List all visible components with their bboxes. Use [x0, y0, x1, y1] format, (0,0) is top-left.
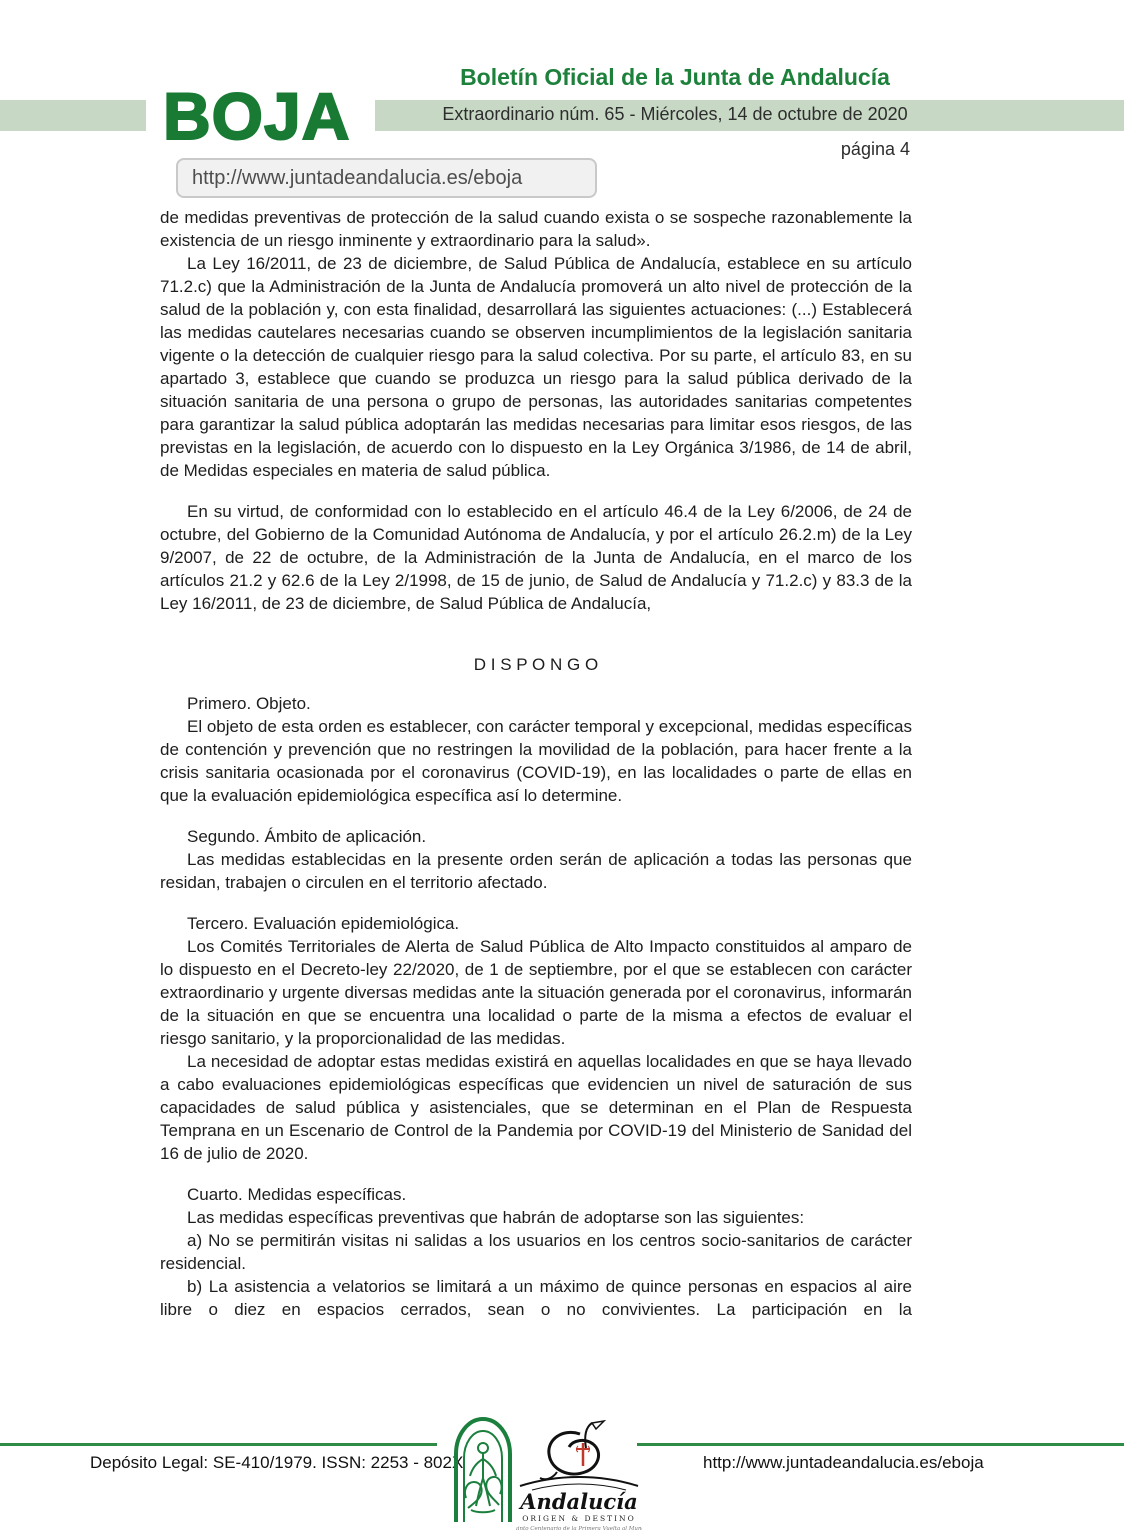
footer-eboja-url-link[interactable]: http://www.juntadeandalucia.es/eboja: [703, 1453, 984, 1473]
logo-word-andalucia: Andalucía: [518, 1489, 637, 1514]
boja-document-page: BOJA Boletín Oficial de la Junta de Anda…: [0, 0, 1124, 1534]
logo-subtagline: Quinto Centenario de la Primera Vuelta a…: [516, 1526, 642, 1532]
document-body: de medidas preventivas de protección de …: [160, 206, 912, 1321]
dispongo-heading: D I S P O N G O: [160, 653, 912, 676]
logo-tagline: ORIGEN & DESTINO: [522, 1514, 636, 1523]
section-heading-tercero: Tercero. Evaluación epidemiológica.: [160, 912, 912, 935]
body-paragraph: Las medidas establecidas en la presente …: [160, 848, 912, 894]
section-heading-segundo: Segundo. Ámbito de aplicación.: [160, 825, 912, 848]
santiago-cross-icon: [576, 1443, 590, 1466]
body-paragraph: Las medidas específicas preventivas que …: [160, 1206, 912, 1229]
eboja-url-link[interactable]: http://www.juntadeandalucia.es/eboja: [176, 158, 597, 198]
logo-d-flourish: [540, 1421, 604, 1479]
body-paragraph: a) No se permitirán visitas ni salidas a…: [160, 1229, 912, 1275]
header-band-left: [0, 100, 146, 131]
section-heading-cuarto: Cuarto. Medidas específicas.: [160, 1183, 912, 1206]
body-paragraph: b) La asistencia a velatorios se limitar…: [160, 1275, 912, 1321]
body-paragraph: En su virtud, de conformidad con lo esta…: [160, 500, 912, 615]
issue-date-line: Extraordinario núm. 65 - Miércoles, 14 d…: [440, 104, 910, 125]
body-paragraph: La Ley 16/2011, de 23 de diciembre, de S…: [160, 252, 912, 482]
body-paragraph: de medidas preventivas de protección de …: [160, 206, 912, 252]
deposito-legal-text: Depósito Legal: SE-410/1979. ISSN: 2253 …: [90, 1453, 463, 1473]
body-paragraph: El objeto de esta orden es establecer, c…: [160, 715, 912, 807]
body-paragraph: Los Comités Territoriales de Alerta de S…: [160, 935, 912, 1050]
footer-rule-left: [0, 1443, 437, 1446]
footer-rule-right: [637, 1443, 1124, 1446]
section-heading-primero: Primero. Objeto.: [160, 692, 912, 715]
bulletin-title: Boletín Oficial de la Junta de Andalucía: [440, 64, 910, 91]
boja-logo: BOJA: [163, 83, 350, 149]
page-number-label: página 4: [440, 139, 910, 160]
andalucia-origen-destino-logo: Andalucía ORIGEN & DESTINO Quinto Centen…: [516, 1420, 642, 1534]
junta-de-andalucia-emblem-icon: [449, 1412, 517, 1524]
body-paragraph: La necesidad de adoptar estas medidas ex…: [160, 1050, 912, 1165]
